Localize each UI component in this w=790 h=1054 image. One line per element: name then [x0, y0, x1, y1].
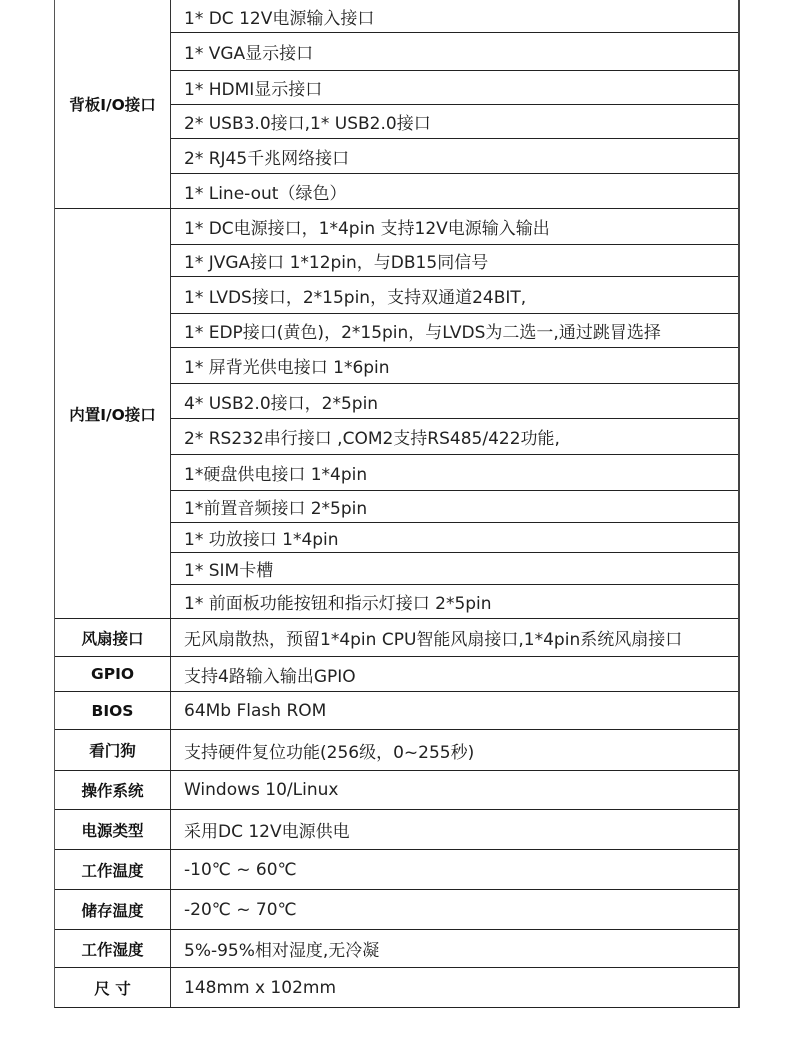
spec-label: 储存温度	[55, 890, 171, 929]
spec-label: 内置I/O接口	[55, 209, 171, 618]
spec-value-row: Windows 10/Linux	[171, 771, 738, 809]
spec-value-row: 无风扇散热，预留1*4pin CPU智能风扇接口,1*4pin系统风扇接口	[171, 619, 738, 656]
spec-value-row: 1* 前面板功能按钮和指示灯接口 2*5pin	[171, 584, 738, 618]
spec-label: 风扇接口	[55, 619, 171, 656]
spec-group: BIOS64Mb Flash ROM	[55, 691, 738, 729]
spec-group: 工作温度-10℃ ~ 60℃	[55, 849, 738, 889]
spec-value-row: 1* VGA显示接口	[171, 32, 738, 70]
spec-value-row: 1* 屏背光供电接口 1*6pin	[171, 347, 738, 383]
spec-value-row: 1* SIM卡槽	[171, 552, 738, 584]
spec-value-row: 1*前置音频接口 2*5pin	[171, 490, 738, 522]
spec-values: 148mm x 102mm	[171, 968, 738, 1007]
spec-label: 背板I/O接口	[55, 0, 171, 208]
spec-value-row: 支持4路输入输出GPIO	[171, 657, 738, 691]
spec-group: 看门狗支持硬件复位功能(256级，0~255秒)	[55, 729, 738, 770]
spec-values: -10℃ ~ 60℃	[171, 850, 738, 889]
spec-value-row: 1* JVGA接口 1*12pin，与DB15同信号	[171, 244, 738, 276]
spec-value-row: 148mm x 102mm	[171, 968, 738, 1007]
spec-label: 看门狗	[55, 730, 171, 770]
spec-value-row: 支持硬件复位功能(256级，0~255秒)	[171, 730, 738, 770]
spec-values: 无风扇散热，预留1*4pin CPU智能风扇接口,1*4pin系统风扇接口	[171, 619, 738, 656]
spec-value-row: -20℃ ~ 70℃	[171, 890, 738, 929]
spec-values: 64Mb Flash ROM	[171, 692, 738, 729]
spec-value-row: -10℃ ~ 60℃	[171, 850, 738, 889]
spec-group: 背板I/O接口1* DC 12V电源输入接口1* VGA显示接口1* HDMI显…	[55, 0, 738, 208]
spec-value-row: 1* 功放接口 1*4pin	[171, 522, 738, 552]
spec-values: 1* DC电源接口，1*4pin 支持12V电源输入输出1* JVGA接口 1*…	[171, 209, 738, 618]
spec-value-row: 1* DC 12V电源输入接口	[171, 0, 738, 32]
spec-group: 内置I/O接口1* DC电源接口，1*4pin 支持12V电源输入输出1* JV…	[55, 208, 738, 618]
spec-value-row: 5%-95%相对湿度,无冷凝	[171, 930, 738, 967]
spec-label: BIOS	[55, 692, 171, 729]
spec-table: 背板I/O接口1* DC 12V电源输入接口1* VGA显示接口1* HDMI显…	[54, 0, 740, 1008]
spec-value-row: 1* DC电源接口，1*4pin 支持12V电源输入输出	[171, 209, 738, 244]
spec-value-row: 2* RS232串行接口 ,COM2支持RS485/422功能,	[171, 418, 738, 454]
spec-values: Windows 10/Linux	[171, 771, 738, 809]
spec-label: 电源类型	[55, 810, 171, 849]
spec-values: 1* DC 12V电源输入接口1* VGA显示接口1* HDMI显示接口2* U…	[171, 0, 738, 208]
spec-value-row: 2* RJ45千兆网络接口	[171, 138, 738, 173]
spec-label: 尺 寸	[55, 968, 171, 1007]
spec-value-row: 采用DC 12V电源供电	[171, 810, 738, 849]
spec-value-row: 64Mb Flash ROM	[171, 692, 738, 729]
spec-group: 电源类型采用DC 12V电源供电	[55, 809, 738, 849]
spec-group: 操作系统Windows 10/Linux	[55, 770, 738, 809]
spec-value-row: 1* HDMI显示接口	[171, 70, 738, 104]
spec-group: 储存温度-20℃ ~ 70℃	[55, 889, 738, 929]
spec-value-row: 1* EDP接口(黄色)，2*15pin，与LVDS为二选一,通过跳冒选择	[171, 313, 738, 347]
spec-group: 工作湿度5%-95%相对湿度,无冷凝	[55, 929, 738, 967]
spec-value-row: 2* USB3.0接口,1* USB2.0接口	[171, 104, 738, 138]
spec-value-row: 4* USB2.0接口，2*5pin	[171, 383, 738, 418]
spec-label: GPIO	[55, 657, 171, 691]
spec-value-row: 1* Line-out（绿色）	[171, 173, 738, 208]
spec-value-row: 1*硬盘供电接口 1*4pin	[171, 454, 738, 490]
spec-values: 采用DC 12V电源供电	[171, 810, 738, 849]
spec-label: 工作湿度	[55, 930, 171, 967]
spec-label: 操作系统	[55, 771, 171, 809]
spec-group: 风扇接口无风扇散热，预留1*4pin CPU智能风扇接口,1*4pin系统风扇接…	[55, 618, 738, 656]
spec-group: GPIO支持4路输入输出GPIO	[55, 656, 738, 691]
spec-values: 5%-95%相对湿度,无冷凝	[171, 930, 738, 967]
spec-values: 支持硬件复位功能(256级，0~255秒)	[171, 730, 738, 770]
spec-group: 尺 寸148mm x 102mm	[55, 967, 738, 1007]
spec-value-row: 1* LVDS接口，2*15pin，支持双通道24BIT,	[171, 276, 738, 313]
spec-values: 支持4路输入输出GPIO	[171, 657, 738, 691]
spec-label: 工作温度	[55, 850, 171, 889]
spec-values: -20℃ ~ 70℃	[171, 890, 738, 929]
